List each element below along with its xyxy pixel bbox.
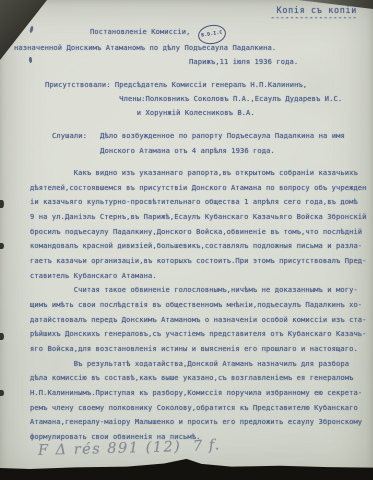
scan-edge-speck [0,200,4,208]
heard-block: Слушали: Дѣло возбужденное по рапорту По… [52,128,345,158]
scan-edge-speck [0,333,4,340]
body-line: Въ результатѣ ходатайства,Донской Атаман… [30,357,367,372]
scan-edge-speck [0,390,4,396]
stamp-label: B.D.I.C [201,30,223,38]
body-line: яго Войска,для возстановленія истины и в… [30,342,367,357]
body-line: дѣла комиссію въ составѣ,какъ выше указа… [30,371,367,386]
body-line: датайствовалъ передъ Донскимъ Атаманомъ … [30,313,367,328]
body-line: гаетъ казачьи организаціи,въ которыхъ со… [30,254,367,269]
body-line: Атамана,генералу-маіору Малышенко и прос… [30,415,367,430]
body-line: ставитель Кубанскаго Атамана. [30,269,367,284]
attendees-line: и Хорунжій Колесниковъ В.А. [45,106,342,120]
body-line: 9 на ул.Даніэль Стернъ,въ Парижѣ,Есаулъ … [30,210,367,225]
scan-edge-speck [0,243,4,249]
handwritten-call-number: F Δ rés 891 (12) [38,439,182,459]
body-line: командовалъ красной дивизіей,большевикъ,… [30,239,367,254]
heard-line: Донского Атамана отъ 4 апрѣля 1936 года. [52,143,345,158]
document-title: Постановленіе Комиссіи, [90,27,191,36]
body-line: Н.П.Калининымъ.Приступая къ разбору,Коми… [30,386,367,401]
dateline: Парижъ,11 іюля 1936 года. [189,57,298,66]
attendees-line: Присутствовали: Предсѣдатель Комиссіи ге… [45,78,342,92]
attendees-line: Члены:Полковникъ Соколовъ П.А.,Есаулъ Ду… [45,92,342,106]
body-line: бросилъ подъесаулу Падалкину,Донского Во… [30,225,367,240]
copy-annotation-underline: ------------------ [270,13,357,22]
attendees-block: Присутствовали: Предсѣдатель Комиссіи ге… [45,78,342,121]
ink-smudge [29,57,33,63]
body-line: Какъ видно изъ указаннаго рапорта,въ отк… [30,166,367,181]
handwritten-folio-note: 7 f. [193,437,221,454]
dark-bottom-edge [0,457,373,480]
body-line: дѣятелей,состоявшемся въ присутствіи Дон… [30,181,367,196]
body-line: рѣйшихъ Донскихъ генераловъ,съ участіемъ… [30,327,367,342]
body-line: Считая такое обвиненіе голословнымъ,ничѣ… [30,283,367,298]
heard-line: Слушали: Дѣло возбужденное по рапорту По… [52,128,345,143]
body-line: ремъ члену своему полковнику Соколову,об… [30,401,367,416]
ink-smudge [29,26,33,33]
resolution-body: Какъ видно изъ указаннаго рапорта,въ отк… [30,166,367,444]
body-line: щимъ имѣть свои послѣдствія въ обществен… [30,298,367,313]
document-subtitle: назначенной Донскимъ Атаманомъ по дѣлу П… [14,43,276,52]
body-line: іи казачьяго культурно-просвѣтительнаго … [30,195,367,210]
scanned-document-page: Копія съ копіи ------------------ Постан… [0,0,373,480]
